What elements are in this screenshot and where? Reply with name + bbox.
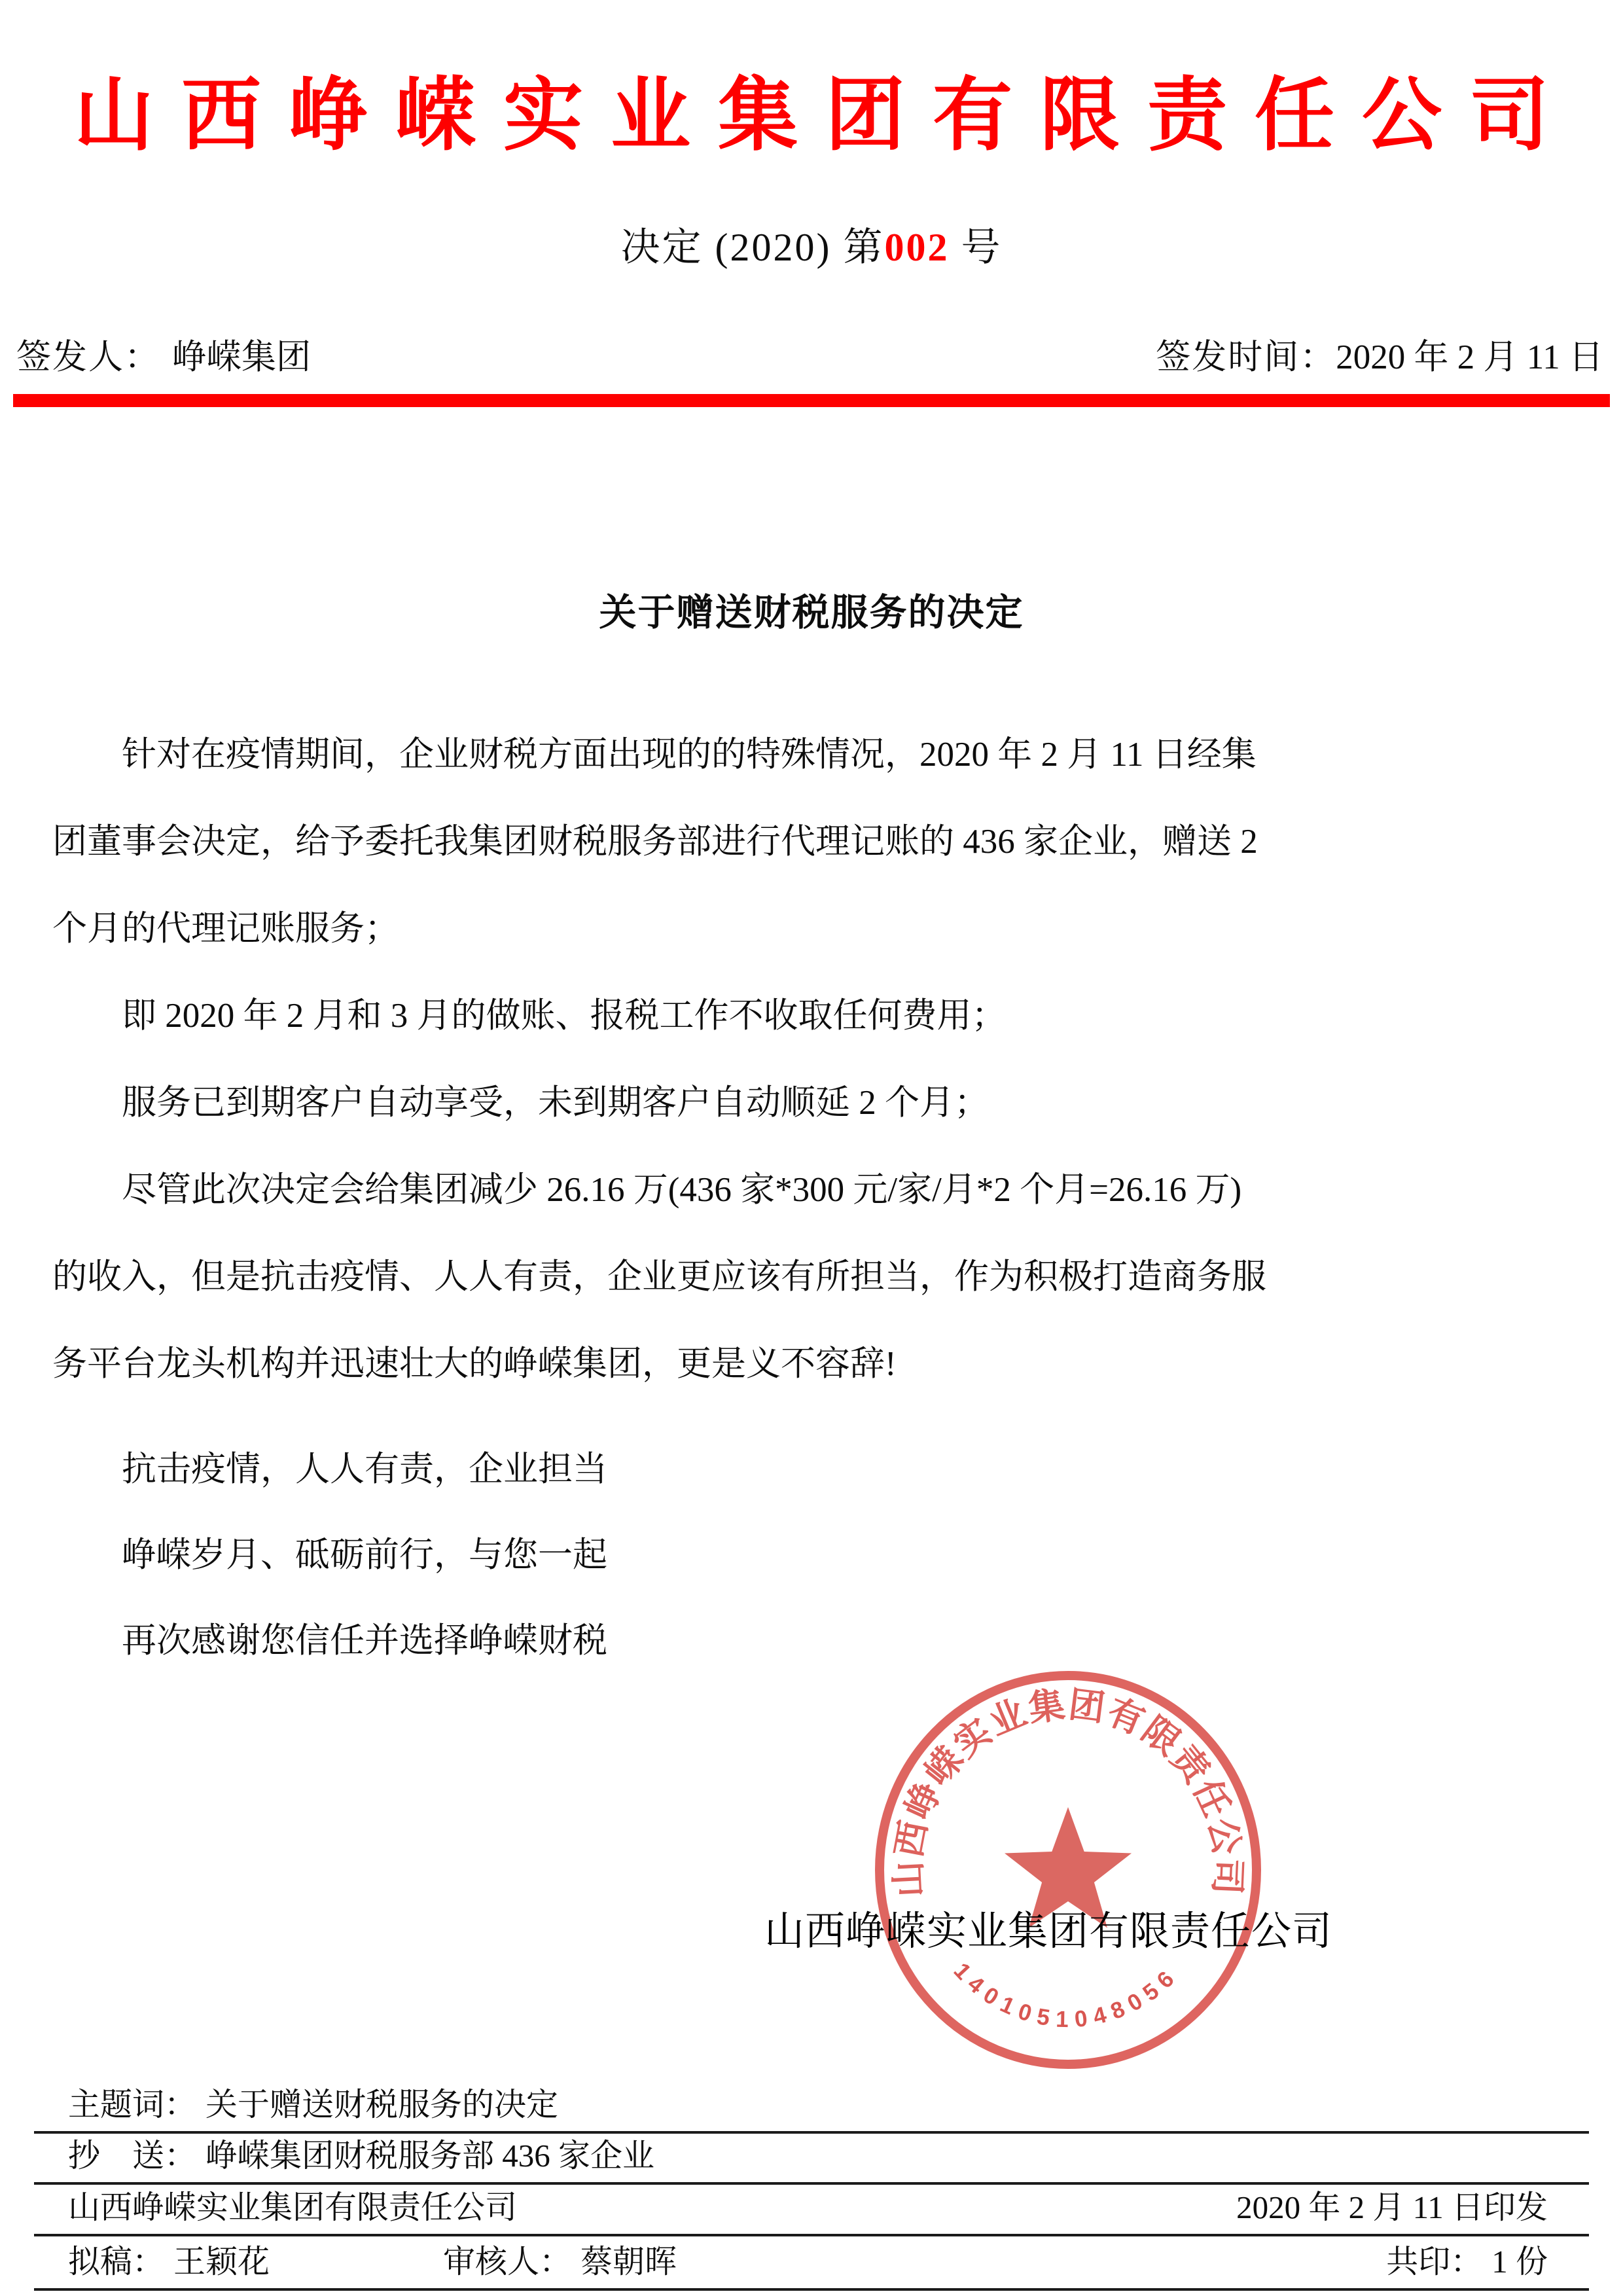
- subject-label: 主题词：: [68, 2079, 196, 2125]
- issuer-value: 峥嵘集团: [172, 338, 311, 376]
- official-seal: 山西峥嵘实业集团有限责任公司 1401051048056: [865, 1666, 1271, 2075]
- footer-company: 山西峥嵘实业集团有限责任公司: [68, 2182, 517, 2228]
- paragraph-line: 服务已到期客户自动享受，未到期客户自动顺延 2 个月；: [52, 1060, 1584, 1147]
- issue-time-value: 2020 年 2 月 11 日: [1336, 338, 1603, 376]
- drafter-name: 王颖花: [173, 2244, 270, 2280]
- document-number-line: 决定 (2020) 第002 号: [0, 223, 1623, 272]
- issuer-left: 签发人：峥嵘集团: [16, 337, 311, 378]
- footer-staff-row: 拟稿：王颖花 审核人：蔡朝晖 共印：1 份: [34, 2236, 1589, 2291]
- footer: 主题词： 关于赠送财税服务的决定 抄 送： 峥嵘集团财税服务部 436 家企业 …: [34, 2089, 1589, 2291]
- cc-value: 峥嵘集团财税服务部 436 家企业: [205, 2130, 654, 2176]
- document-page: 山西峥嵘实业集团有限责任公司 决定 (2020) 第002 号 签发人：峥嵘集团…: [0, 0, 1623, 2296]
- copies-label: 共印：: [1386, 2244, 1482, 2280]
- red-divider-rule: [13, 394, 1610, 407]
- paragraph-line: 个月的代理记账服务；: [52, 886, 1584, 973]
- copies: 共印：1 份: [1386, 2236, 1584, 2282]
- paragraph-line: 务平台龙头机构并迅速壮大的峥嵘集团，更是义不容辞!: [52, 1321, 1584, 1408]
- issuer-label: 签发人：: [16, 338, 160, 376]
- paragraph-line: 团董事会决定，给予委托我集团财税服务部进行代理记账的 436 家企业，赠送 2: [52, 798, 1584, 886]
- doc-number-value: 002: [884, 226, 949, 269]
- subject-value: 关于赠送财税服务的决定: [205, 2079, 558, 2125]
- drafter: 拟稿：王颖花: [68, 2236, 270, 2282]
- paragraph-line: 针对在疫情期间，企业财税方面出现的的特殊情况，2020 年 2 月 11 日经集: [52, 711, 1584, 798]
- issue-time-label: 签发时间：: [1156, 338, 1336, 376]
- cc-label: 抄 送：: [68, 2130, 196, 2176]
- doc-number-suffix: 号: [949, 226, 1002, 269]
- doc-number-prefix: 决定 (2020) 第: [621, 226, 885, 269]
- paragraph-line: 即 2020 年 2 月和 3 月的做账、报税工作不收取任何费用；: [52, 973, 1584, 1060]
- body-text: 针对在疫情期间，企业财税方面出现的的特殊情况，2020 年 2 月 11 日经集…: [52, 711, 1584, 1408]
- slogan-block: 抗击疫情，人人有责，企业担当 峥嵘岁月、砥砺前行，与您一起 再次感谢您信任并选择…: [52, 1427, 1584, 1684]
- paragraph-line: 尽管此次决定会给集团减少 26.16 万(436 家*300 元/家/月*2 个…: [52, 1147, 1584, 1234]
- reviewer-name: 蔡朝晖: [580, 2244, 677, 2280]
- copies-value: 1 份: [1491, 2244, 1548, 2280]
- slogan-line: 峥嵘岁月、砥砺前行，与您一起: [52, 1513, 1584, 1598]
- slogan-line: 抗击疫情，人人有责，企业担当: [52, 1427, 1584, 1513]
- footer-subject-row: 主题词： 关于赠送财税服务的决定: [34, 2089, 1589, 2134]
- drafter-label: 拟稿：: [68, 2244, 164, 2280]
- document-title: 关于赠送财税服务的决定: [0, 590, 1623, 636]
- slogan-line: 再次感谢您信任并选择峥嵘财税: [52, 1598, 1584, 1684]
- print-date: 2020 年 2 月 11 日印发: [1236, 2182, 1584, 2228]
- letterhead-company-title: 山西峥嵘实业集团有限责任公司: [0, 64, 1623, 169]
- signature-company-name: 山西峥嵘实业集团有限责任公司: [764, 1911, 1327, 1953]
- issue-time-right: 签发时间：2020 年 2 月 11 日: [1156, 337, 1603, 378]
- seal-serial-number: 1401051048056: [949, 1958, 1185, 2032]
- footer-cc-row: 抄 送： 峥嵘集团财税服务部 436 家企业: [34, 2134, 1589, 2185]
- svg-text:1401051048056: 1401051048056: [949, 1958, 1185, 2032]
- footer-print-row: 山西峥嵘实业集团有限责任公司 2020 年 2 月 11 日印发: [34, 2185, 1589, 2236]
- issuer-row: 签发人：峥嵘集团 签发时间：2020 年 2 月 11 日: [16, 337, 1603, 378]
- paragraph-line: 的收入，但是抗击疫情、人人有责，企业更应该有所担当，作为积极打造商务服: [52, 1234, 1584, 1321]
- reviewer-label: 审核人：: [443, 2244, 571, 2280]
- reviewer: 审核人：蔡朝晖: [443, 2236, 677, 2282]
